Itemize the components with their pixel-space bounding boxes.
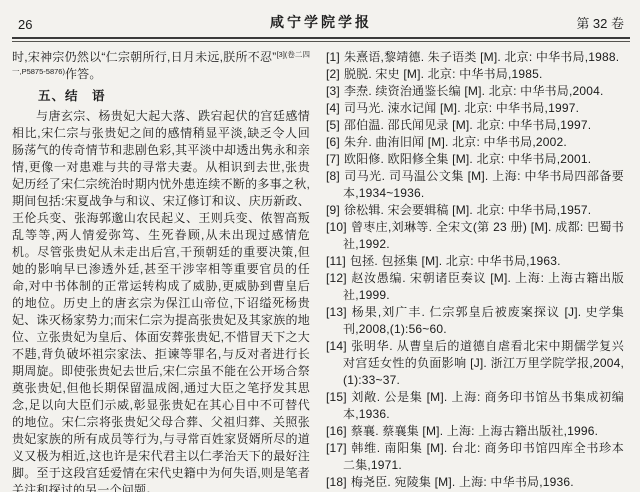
reference-number: [14] <box>326 339 347 353</box>
section-heading-conclusion: 五、结 语 <box>12 88 310 105</box>
reference-number: [15] <box>326 390 347 404</box>
reference-text: 刘敞. 公是集 [M]. 上海: 商务印书馆丛书集成初编本,1936. <box>343 390 624 421</box>
reference-number: [8] <box>326 169 340 183</box>
reference-text: 欧阳修. 欧阳修全集 [M]. 北京: 中华书局,2001. <box>344 152 591 166</box>
reference-text: 徐松辑. 宋会要辑稿 [M]. 北京: 中华书局,1957. <box>344 203 591 217</box>
reference-text: 李焘. 续资治通鉴长编 [M]. 北京: 中华书局,2004. <box>344 84 604 98</box>
continued-paragraph: 时,宋神宗仍然以“仁宗朝所行,日月未远,朕所不忍”[3](卷二四一,P5875-… <box>12 49 310 83</box>
reference-item: [11]包拯. 包拯集 [M]. 北京: 中华书局,1963. <box>326 253 624 270</box>
reference-text: 朱熹语,黎靖德. 朱子语类 [M]. 北京: 中华书局,1988. <box>344 50 619 64</box>
reference-number: [10] <box>326 220 347 234</box>
reference-text: 司马光. 司马温公文集 [M]. 上海: 中华书局四部备要本,1934~1936… <box>343 169 624 200</box>
left-column: 时,宋神宗仍然以“仁宗朝所行,日月未远,朕所不忍”[3](卷二四一,P5875-… <box>12 49 310 492</box>
reference-number: [7] <box>326 152 340 166</box>
continued-text-start: 时,宋神宗仍然以“仁宗朝所行,日月未远,朕所不忍” <box>12 50 276 64</box>
reference-item: [14]张明华. 从曹皇后的道德自虐看北宋中期儒学复兴对宫廷女性的负面影响 [J… <box>326 338 624 389</box>
reference-item: [16]蔡襄. 蔡襄集 [M]. 上海: 上海古籍出版社,1996. <box>326 423 624 440</box>
reference-number: [6] <box>326 135 340 149</box>
running-head: 26 咸宁学院学报 第 32 卷 <box>12 4 630 37</box>
article-body: 时,宋神宗仍然以“仁宗朝所行,日月未远,朕所不忍”[3](卷二四一,P5875-… <box>12 49 630 492</box>
reference-item: [13]杨果,刘广丰. 仁宗郭皇后被废案探议 [J]. 史学集刊,2008,(1… <box>326 304 624 338</box>
reference-item: [9]徐松辑. 宋会要辑稿 [M]. 北京: 中华书局,1957. <box>326 202 624 219</box>
reference-item: [18]梅尧臣. 宛陵集 [M]. 上海: 中华书局,1936. <box>326 474 624 491</box>
reference-text: 邵伯温. 邵氏闻见录 [M]. 北京: 中华书局,1997. <box>344 118 591 132</box>
reference-text: 杨果,刘广丰. 仁宗郭皇后被废案探议 [J]. 史学集刊,2008,(1):56… <box>343 305 624 336</box>
reference-text: 蔡襄. 蔡襄集 [M]. 上海: 上海古籍出版社,1996. <box>351 424 598 438</box>
conclusion-paragraph: 与唐玄宗、杨贵妃大起大落、跌宕起伏的宫廷感情相比,宋仁宗与张贵妃之间的感情稍显平… <box>12 108 310 492</box>
reference-number: [13] <box>326 305 347 319</box>
reference-number: [17] <box>326 441 347 455</box>
right-column: [1]朱熹语,黎靖德. 朱子语类 [M]. 北京: 中华书局,1988.[2]脱… <box>326 49 624 492</box>
reference-item: [10]曾枣庄,刘琳等. 全宋文(第 23 册) [M]. 成都: 巴蜀书社,1… <box>326 219 624 253</box>
reference-text: 韩维. 南阳集 [M]. 台北: 商务印书馆四库全书珍本二集,1971. <box>343 441 624 472</box>
reference-text: 朱弁. 曲洧旧闻 [M]. 北京: 中华书局,2002. <box>344 135 567 149</box>
header-rule <box>12 37 630 42</box>
reference-number: [1] <box>326 50 340 64</box>
reference-text: 梅尧臣. 宛陵集 [M]. 上海: 中华书局,1936. <box>351 475 574 489</box>
reference-item: [5]邵伯温. 邵氏闻见录 [M]. 北京: 中华书局,1997. <box>326 117 624 134</box>
page-number: 26 <box>18 17 88 32</box>
reference-item: [1]朱熹语,黎靖德. 朱子语类 [M]. 北京: 中华书局,1988. <box>326 49 624 66</box>
reference-text: 曾枣庄,刘琳等. 全宋文(第 23 册) [M]. 成都: 巴蜀书社,1992. <box>343 220 624 251</box>
reference-item: [4]司马光. 涑水记闻 [M]. 北京: 中华书局,1997. <box>326 100 624 117</box>
volume-label: 第 32 卷 <box>554 13 624 32</box>
reference-item: [12]赵汝愚编. 宋朝诸臣奏议 [M]. 上海: 上海古籍出版社,1999. <box>326 270 624 304</box>
reference-text: 脱脱. 宋史 [M]. 北京: 中华书局,1985. <box>344 67 543 81</box>
reference-number: [18] <box>326 475 347 489</box>
reference-item: [8]司马光. 司马温公文集 [M]. 上海: 中华书局四部备要本,1934~1… <box>326 168 624 202</box>
references-list: [1]朱熹语,黎靖德. 朱子语类 [M]. 北京: 中华书局,1988.[2]脱… <box>326 49 624 491</box>
reference-number: [12] <box>326 271 347 285</box>
reference-item: [6]朱弁. 曲洧旧闻 [M]. 北京: 中华书局,2002. <box>326 134 624 151</box>
journal-title: 咸宁学院学报 <box>88 12 554 32</box>
reference-number: [11] <box>326 254 346 268</box>
reference-item: [7]欧阳修. 欧阳修全集 [M]. 北京: 中华书局,2001. <box>326 151 624 168</box>
journal-page: 26 咸宁学院学报 第 32 卷 时,宋神宗仍然以“仁宗朝所行,日月未远,朕所不… <box>0 0 640 492</box>
reference-number: [9] <box>326 203 340 217</box>
continued-text-end: 作答。 <box>65 67 102 81</box>
reference-number: [16] <box>326 424 347 438</box>
reference-item: [17]韩维. 南阳集 [M]. 台北: 商务印书馆四库全书珍本二集,1971. <box>326 440 624 474</box>
reference-text: 包拯. 包拯集 [M]. 北京: 中华书局,1963. <box>350 254 561 268</box>
reference-number: [4] <box>326 101 340 115</box>
reference-text: 司马光. 涑水记闻 [M]. 北京: 中华书局,1997. <box>344 101 579 115</box>
reference-text: 张明华. 从曹皇后的道德自虐看北宋中期儒学复兴对宫廷女性的负面影响 [J]. 浙… <box>343 339 624 387</box>
reference-item: [3]李焘. 续资治通鉴长编 [M]. 北京: 中华书局,2004. <box>326 83 624 100</box>
reference-number: [3] <box>326 84 340 98</box>
reference-number: [2] <box>326 67 340 81</box>
reference-number: [5] <box>326 118 340 132</box>
reference-item: [15]刘敞. 公是集 [M]. 上海: 商务印书馆丛书集成初编本,1936. <box>326 389 624 423</box>
reference-item: [2]脱脱. 宋史 [M]. 北京: 中华书局,1985. <box>326 66 624 83</box>
reference-text: 赵汝愚编. 宋朝诸臣奏议 [M]. 上海: 上海古籍出版社,1999. <box>343 271 624 302</box>
